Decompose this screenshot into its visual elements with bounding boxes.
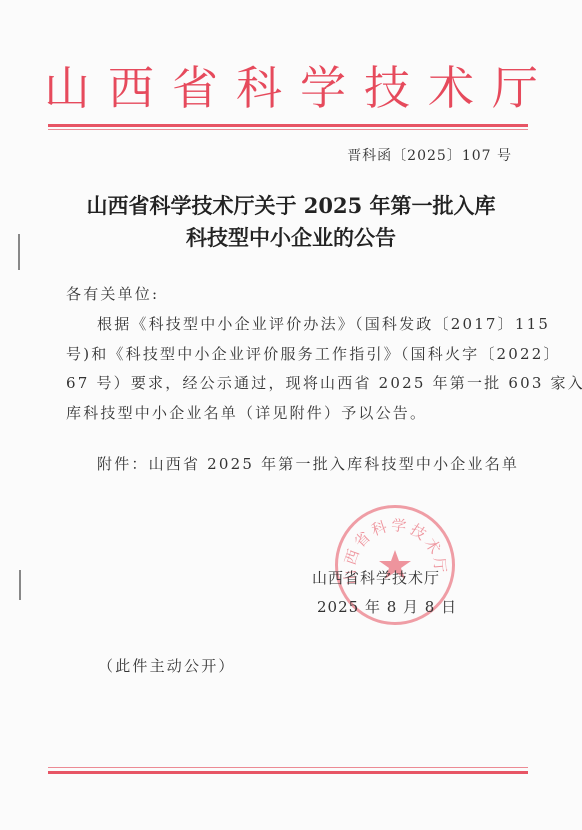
disclosure-note: （此件主动公开） [98,655,236,676]
document-title-line-1: 山西省科学技术厅关于 2025 年第一批入库 [0,190,582,221]
body-line-4: 库科技型中小企业名单（详见附件）予以公告。 [66,402,427,423]
body-line-1: 根据《科技型中小企业评价办法》（国科发政〔2017〕115 [97,313,550,334]
footer-rule-thick [48,771,528,774]
body-line-2: 号)和《科技型中小企业评价服务工作指引》（国科火字〔2022〕 [66,343,561,364]
attachment-line: 附件：山西省 2025 年第一批入库科技型中小企业名单 [97,453,519,474]
masthead-rule-thick [48,124,528,127]
binding-mark-bottom [19,570,21,600]
body-line-3: 67 号）要求，经公示通过，现将山西省 2025 年第一批 603 家入 [66,372,582,393]
signature-org: 山西省科学技术厅 [312,567,440,588]
signature-date: 2025 年 8 月 8 日 [317,596,457,617]
masthead-rule-thin [48,129,528,130]
document-title-line-2: 科技型中小企业的公告 [0,222,582,253]
masthead-org-name: 山西省科学技术厅 [0,58,582,118]
salutation: 各有关单位: [66,283,159,304]
binding-mark-top [18,234,20,270]
footer-rule-thin [48,767,528,768]
document-number: 晋科函〔2025〕107 号 [347,145,512,165]
